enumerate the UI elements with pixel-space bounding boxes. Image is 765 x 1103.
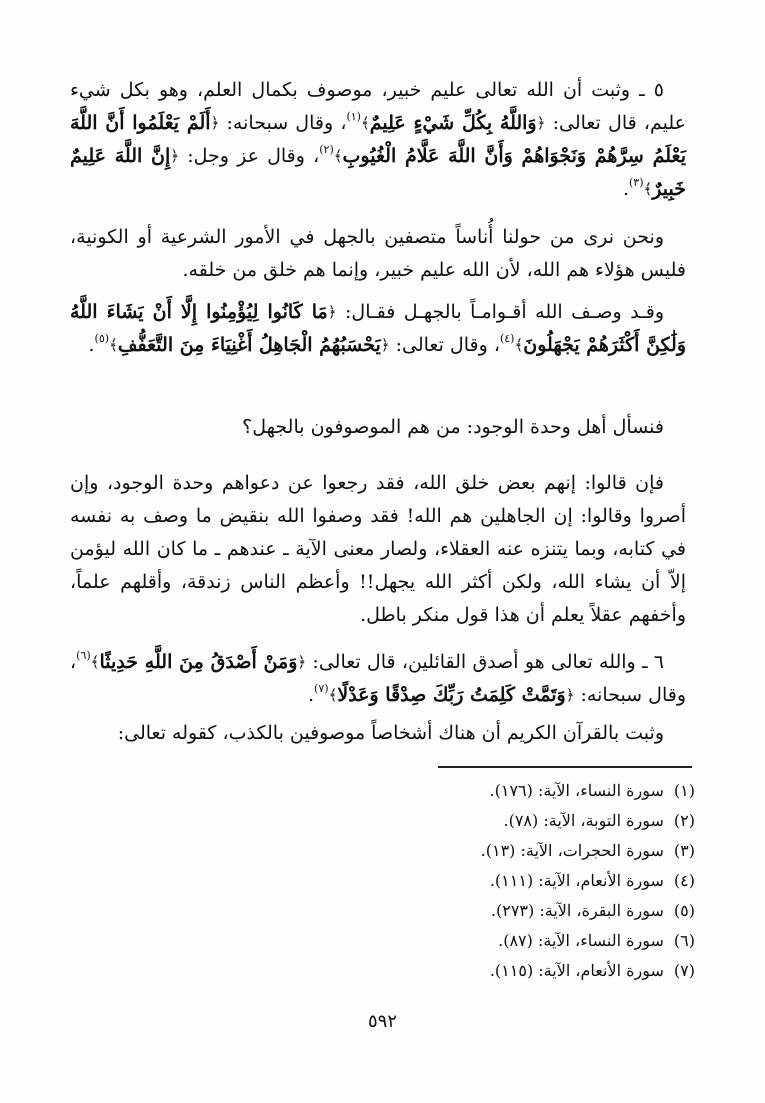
- footnote-number: (٧): [674, 956, 695, 986]
- body-text: فإن قالوا: إنهم بعض خلق الله، فقد رجعوا …: [70, 472, 686, 626]
- footnote-ref: (٤): [500, 332, 515, 345]
- footnote-number: (٥): [674, 896, 695, 926]
- paragraph-question: فنسأل أهل وحدة الوجود: من هم الموصوفون ب…: [70, 411, 686, 444]
- paragraph-described-ignorance: وقـد وصـف الله أقـوامـاً بالجهـل فقـال: …: [70, 296, 686, 362]
- footnote-item: (١)سورة النساء، الآية: (١٧٦).: [481, 776, 695, 806]
- ornate-bracket-close-icon: ﴾: [334, 147, 343, 165]
- footnote-ref: (٣): [629, 176, 644, 189]
- ornate-bracket-open-icon: ﴿: [381, 336, 390, 354]
- footnote-number: (٤): [674, 866, 695, 896]
- ornate-bracket-close-icon: ﴾: [514, 336, 523, 354]
- body-text: وثبت بالقرآن الكريم أن هناك أشخاصاً موصو…: [118, 722, 664, 744]
- paragraph-liars: وثبت بالقرآن الكريم أن هناك أشخاصاً موصو…: [70, 717, 686, 750]
- footnote-item: (٢)سورة التوبة، الآية: (٧٨).: [481, 806, 695, 836]
- footnote-ref: (٥): [95, 332, 110, 345]
- footnote-ref: (٢): [319, 143, 334, 156]
- footnote-item: (٦)سورة النساء، الآية: (٨٧).: [481, 926, 695, 956]
- paragraph-knowledge: ٥ ـ وثبت أن الله تعالى عليم خبير، موصوف …: [70, 74, 686, 206]
- quran-quote: ﴿وَاللَّهُ بِكُلِّ شَيْءٍ عَلِيمٌ﴾: [361, 112, 545, 134]
- paragraph-truthfulness: ٦ ـ والله تعالى هو أصدق القائلين، قال تع…: [70, 646, 686, 712]
- footnote-item: (٧)سورة الأنعام، الآية: (١١٥).: [481, 956, 695, 986]
- ornate-bracket-close-icon: ﴾: [109, 336, 118, 354]
- footnote-ref: (٦): [76, 649, 91, 662]
- paragraph-ignorant-people: ونحن نرى من حولنا أُناساً متصفين بالجهل …: [70, 221, 686, 287]
- footnote-text: سورة الأنعام، الآية: (١١٥).: [490, 961, 664, 980]
- quran-quote: ﴿يَحْسَبُهُمُ الْجَاهِلُ أَغْنِيَاءَ مِن…: [109, 334, 390, 356]
- ornate-bracket-close-icon: ﴾: [361, 114, 370, 132]
- body-text: وقـد وصـف الله أقـوامـاً بالجهـل فقـال:: [337, 301, 664, 323]
- page-number: ٥٩٢: [0, 1011, 765, 1032]
- footnote-number: (٦): [674, 926, 695, 956]
- body-text: ، وقال عز وجل:: [179, 145, 319, 167]
- footnote-number: (١): [674, 776, 695, 806]
- footnote-text: سورة النساء، الآية: (٨٧).: [498, 931, 664, 950]
- quran-quote: ﴿وَمَنْ أَصْدَقُ مِنَ اللَّهِ حَدِيثًا﴾: [91, 651, 307, 673]
- footnote-item: (٣)سورة الحجرات، الآية: (١٣).: [481, 836, 695, 866]
- footnote-text: سورة النساء، الآية: (١٧٦).: [490, 781, 664, 800]
- body-text: فنسأل أهل وحدة الوجود: من هم الموصوفون ب…: [242, 416, 664, 438]
- footnote-text: سورة الحجرات، الآية: (١٣).: [481, 841, 664, 860]
- ornate-bracket-close-icon: ﴾: [644, 180, 653, 198]
- footnote-text: سورة البقرة، الآية: (٢٧٣).: [491, 901, 664, 920]
- footnote-ref: (٧): [314, 682, 329, 695]
- body-text: ٦ ـ والله تعالى هو أصدق القائلين، قال تع…: [306, 651, 664, 673]
- footnotes: (١)سورة النساء، الآية: (١٧٦). (٢)سورة ال…: [481, 776, 695, 986]
- body-text: ونحن نرى من حولنا أُناساً متصفين بالجهل …: [70, 226, 686, 281]
- ornate-bracket-open-icon: ﴿: [170, 147, 179, 165]
- footnote-text: سورة الأنعام، الآية: (١١١).: [490, 871, 664, 890]
- footnote-text: سورة التوبة، الآية: (٧٨).: [504, 811, 664, 830]
- ornate-bracket-open-icon: ﴿: [297, 653, 306, 671]
- footnote-item: (٥)سورة البقرة، الآية: (٢٧٣).: [481, 896, 695, 926]
- footnote-number: (٣): [674, 836, 695, 866]
- footnote-item: (٤)سورة الأنعام، الآية: (١١١).: [481, 866, 695, 896]
- body-text: ، وقال سبحانه:: [219, 112, 346, 134]
- ornate-bracket-open-icon: ﴿: [328, 303, 337, 321]
- footnote-separator: [438, 766, 692, 768]
- paragraph-refutation: فإن قالوا: إنهم بعض خلق الله، فقد رجعوا …: [70, 467, 686, 632]
- footnote-ref: (١): [346, 110, 361, 123]
- footnote-number: (٢): [674, 806, 695, 836]
- body-text: ، وقال تعالى:: [390, 334, 500, 356]
- quran-quote: ﴿وَتَمَّتْ كَلِمَتُ رَبِّكَ صِدْقًا وَعَ…: [329, 684, 575, 706]
